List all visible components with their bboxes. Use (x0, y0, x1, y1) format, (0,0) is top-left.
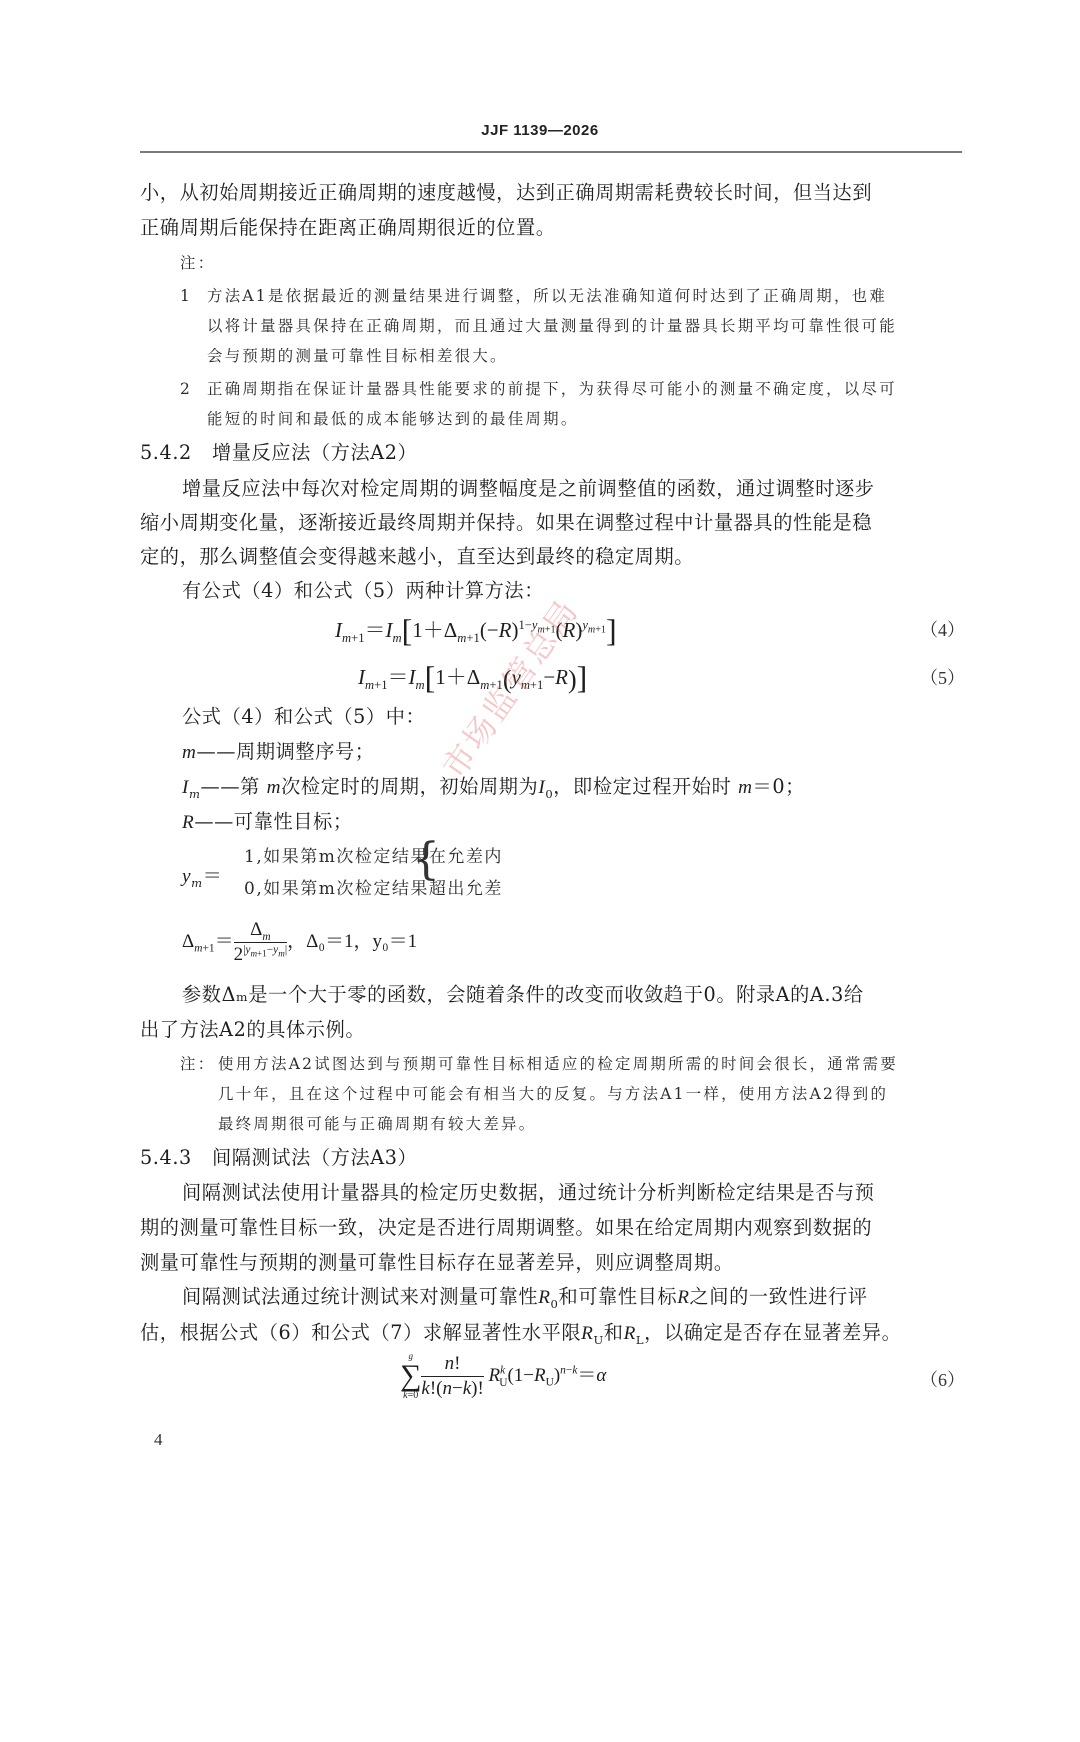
equation-5-number: （5） (920, 664, 965, 690)
section-title: 间隔测试法（方法A3） (212, 1146, 417, 1169)
page-number: 4 (154, 1430, 163, 1450)
section-number: 5.4.3 (140, 1146, 192, 1169)
note-2-line-1: 正确周期指在保证计量器具性能要求的前提下，为获得尽可能小的测量不确定度，以尽可 (207, 374, 897, 404)
a2-para3-line-2: 出了方法A2的具体示例。 (140, 1013, 365, 1047)
a3-para1-line-3: 测量可靠性与预期的测量可靠性目标存在显著差异，则应调整周期。 (140, 1246, 734, 1280)
section-number: 5.4.2 (140, 441, 192, 464)
a3-para1-line-1: 间隔测试法使用计量器具的检定历史数据，通过统计分析判断检定结果是否与预 (182, 1176, 875, 1210)
a3-para2-line-2: 估，根据公式（6）和公式（7）求解显著性水平限RU和RL，以确定是否存在显著差异… (140, 1316, 901, 1351)
where-clause: 公式（4）和公式（5）中： (182, 700, 425, 734)
a2-para3-line-1: 参数Δₘ是一个大于零的函数，会随着条件的改变而收敛趋于0。附录A的A.3给 (182, 978, 864, 1012)
a2-para1-line-1: 增量反应法中每次对检定周期的调整幅度是之前调整值的函数，通过调整时逐步 (182, 472, 875, 506)
a3-para2-line-1: 间隔测试法通过统计测试来对测量可靠性R0和可靠性目标R之间的一致性进行评 (182, 1280, 868, 1315)
note-1-line-3: 会与预期的测量可靠性目标相差很大。 (207, 341, 508, 371)
a2-para1-line-3: 定的，那么调整值会变得越来越小，直至达到最终的稳定周期。 (140, 540, 694, 574)
running-header: JJF 1139—2026 (0, 122, 1080, 139)
delta-formula: Δm+1＝Δm2|ym+1−ym|，Δ₀＝1，y₀＝1 (182, 918, 417, 967)
intro-line-2: 正确周期后能保持在距离正确周期很近的位置。 (140, 211, 556, 245)
def-ym-cases: ym＝ { 1,如果第m次检定结果在允差内 0,如果第m次检定结果超出允差 (182, 842, 602, 912)
section-5-4-3-heading: 5.4.3 间隔测试法（方法A3） (140, 1141, 417, 1175)
a2-note-line-1: 使用方法A2试图达到与预期可靠性目标相适应的检定周期所需的时间会很长，通常需要 (218, 1049, 898, 1079)
equation-6-number: （6） (920, 1366, 965, 1392)
a2-para1-line-2: 缩小周期变化量，逐渐接近最终周期并保持。如果在调整过程中计量器具的性能是稳 (140, 506, 872, 540)
note-1-line-2: 以将计量器具保持在正确周期，而且通过大量测量得到的计量器具长期平均可靠性很可能 (207, 311, 897, 341)
def-Im: Im——第 m次检定时的周期，初始周期为I0，即检定过程开始时 m＝0； (182, 770, 805, 805)
document-page: JJF 1139—2026 小，从初始周期接近正确周期的速度越慢，达到正确周期需… (0, 0, 1080, 1742)
a2-para2: 有公式（4）和公式（5）两种计算方法： (182, 574, 544, 608)
a2-note-line-2: 几十年，且在这个过程中可能会有相当大的反复。与方法A1一样，使用方法A2得到的 (218, 1079, 888, 1109)
a3-para1-line-2: 期的测量可靠性目标一致，决定是否进行周期调整。如果在给定周期内观察到数据的 (140, 1211, 872, 1245)
ym-case-2: 0,如果第m次检定结果超出允差 (244, 874, 503, 904)
note-1-number: 1 (180, 281, 192, 311)
def-R: R——可靠性目标； (182, 805, 353, 840)
a2-note-label: 注： (180, 1049, 215, 1079)
section-title: 增量反应法（方法A2） (212, 441, 417, 464)
section-5-4-2-heading: 5.4.2 增量反应法（方法A2） (140, 436, 417, 470)
note-2-line-2: 能短的时间和最低的成本能够达到的最佳周期。 (207, 404, 579, 434)
header-rule (140, 151, 962, 153)
a2-note-line-3: 最终周期很可能与正确周期有较大差异。 (218, 1109, 536, 1139)
ym-case-1: 1,如果第m次检定结果在允差内 (244, 842, 503, 872)
note-2-number: 2 (180, 374, 192, 404)
def-m: m——周期调整序号； (182, 735, 375, 770)
intro-line-1: 小，从初始周期接近正确周期的速度越慢，达到正确周期需耗费较长时间，但当达到 (140, 176, 872, 210)
note-1-line-1: 方法A1是依据最近的测量结果进行调整，所以无法准确知道何时达到了正确周期，也难 (207, 281, 887, 311)
note-label: 注： (180, 248, 215, 278)
equation-4-number: （4） (920, 616, 965, 642)
equation-6: g ∑ k=0 n!k!(n−k)! RkU(1−RU)n−k＝α (400, 1352, 606, 1401)
